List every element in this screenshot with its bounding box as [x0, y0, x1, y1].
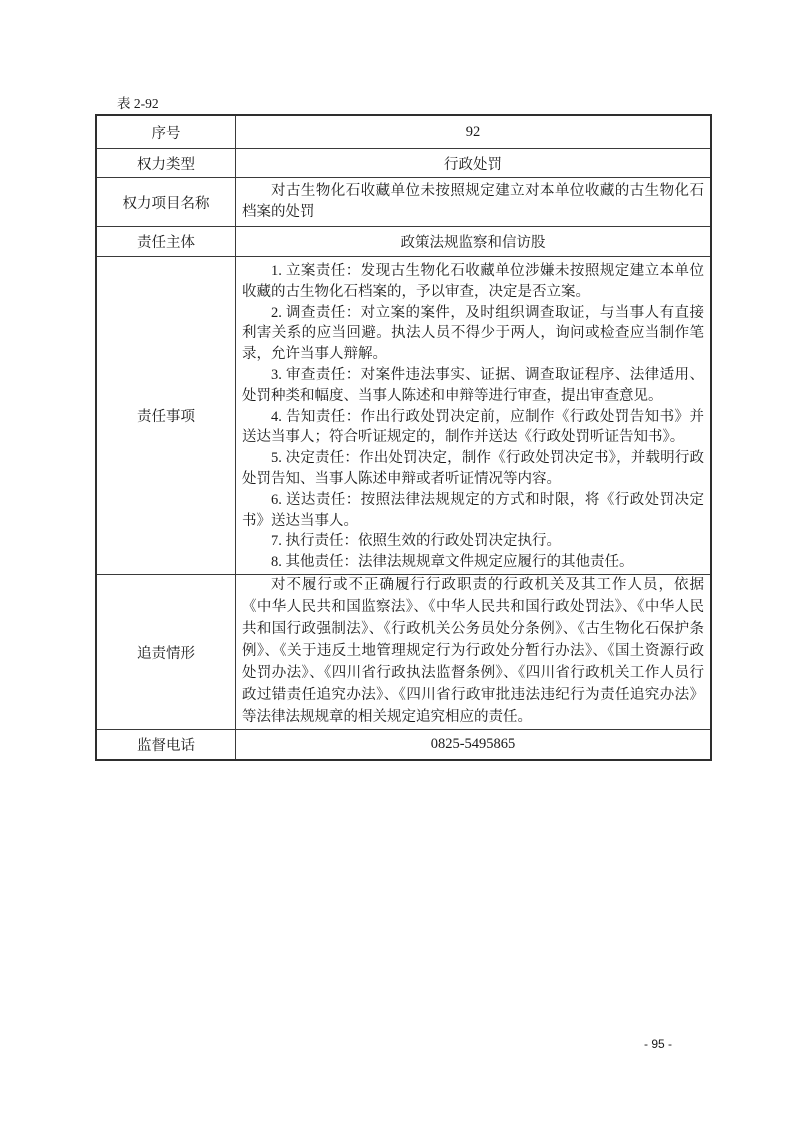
power-item-table: 序号 92 权力类型 行政处罚 权力项目名称 对古生物化石收藏单位未按照规定建立… [95, 114, 712, 761]
table-row-responsibility-items: 责任事项 1. 立案责任：发现古生物化石收藏单位涉嫌未按照规定建立本单位收藏的古… [96, 257, 711, 575]
table-row-accountability-situations: 追责情形 对不履行或不正确履行行政职责的行政机关及其工作人员，依据《中华人民共和… [96, 575, 711, 730]
responsibility-item-1: 1. 立案责任：发现古生物化石收藏单位涉嫌未按照规定建立本单位收藏的古生物化石档… [242, 261, 704, 303]
row-value-responsibility-items: 1. 立案责任：发现古生物化石收藏单位涉嫌未按照规定建立本单位收藏的古生物化石档… [236, 257, 712, 575]
row-label-responsibility-items: 责任事项 [96, 257, 236, 575]
responsibility-item-7: 7. 执行责任：依照生效的行政处罚决定执行。 [242, 531, 704, 552]
responsibility-item-8: 8. 其他责任：法律法规规章文件规定应履行的其他责任。 [242, 552, 704, 573]
row-value-serial-number: 92 [236, 115, 712, 149]
table-row-power-item-name: 权力项目名称 对古生物化石收藏单位未按照规定建立对本单位收藏的古生物化石档案的处… [96, 178, 711, 227]
row-value-supervision-phone: 0825-5495865 [236, 730, 712, 761]
row-label-serial-number: 序号 [96, 115, 236, 149]
row-label-power-item-name: 权力项目名称 [96, 178, 236, 227]
accountability-situations-text: 对不履行或不正确履行行政职责的行政机关及其工作人员，依据《中华人民共和国监察法》… [242, 575, 704, 728]
row-label-responsible-entity: 责任主体 [96, 227, 236, 257]
page-number: - 95 - [644, 1037, 672, 1051]
table-row-responsible-entity: 责任主体 政策法规监察和信访股 [96, 227, 711, 257]
power-item-name-text: 对古生物化石收藏单位未按照规定建立对本单位收藏的古生物化石档案的处罚 [242, 181, 704, 223]
row-value-power-type: 行政处罚 [236, 149, 712, 178]
row-label-power-type: 权力类型 [96, 149, 236, 178]
responsibility-item-6: 6. 送达责任：按照法律法规规定的方式和时限，将《行政处罚决定书》送达当事人。 [242, 490, 704, 532]
row-value-responsible-entity: 政策法规监察和信访股 [236, 227, 712, 257]
row-value-power-item-name: 对古生物化石收藏单位未按照规定建立对本单位收藏的古生物化石档案的处罚 [236, 178, 712, 227]
table-caption: 表 2-92 [117, 92, 159, 112]
document-page: 表 2-92 序号 92 权力类型 行政处罚 权力项目名称 对古生物化石收藏单位… [0, 0, 793, 1122]
responsibility-item-2: 2. 调查责任：对立案的案件，及时组织调查取证，与当事人有直接利害关系的应当回避… [242, 303, 704, 365]
table-row-supervision-phone: 监督电话 0825-5495865 [96, 730, 711, 761]
row-label-accountability-situations: 追责情形 [96, 575, 236, 730]
responsibility-item-3: 3. 审查责任：对案件违法事实、证据、调查取证程序、法律适用、处罚种类和幅度、当… [242, 365, 704, 407]
responsibility-item-5: 5. 决定责任：作出处罚决定，制作《行政处罚决定书》，并载明行政处罚告知、当事人… [242, 448, 704, 490]
row-value-accountability-situations: 对不履行或不正确履行行政职责的行政机关及其工作人员，依据《中华人民共和国监察法》… [236, 575, 712, 730]
table-row-power-type: 权力类型 行政处罚 [96, 149, 711, 178]
table-row-serial-number: 序号 92 [96, 115, 711, 149]
responsibility-item-4: 4. 告知责任：作出行政处罚决定前，应制作《行政处罚告知书》并送达当事人；符合听… [242, 407, 704, 449]
row-label-supervision-phone: 监督电话 [96, 730, 236, 761]
